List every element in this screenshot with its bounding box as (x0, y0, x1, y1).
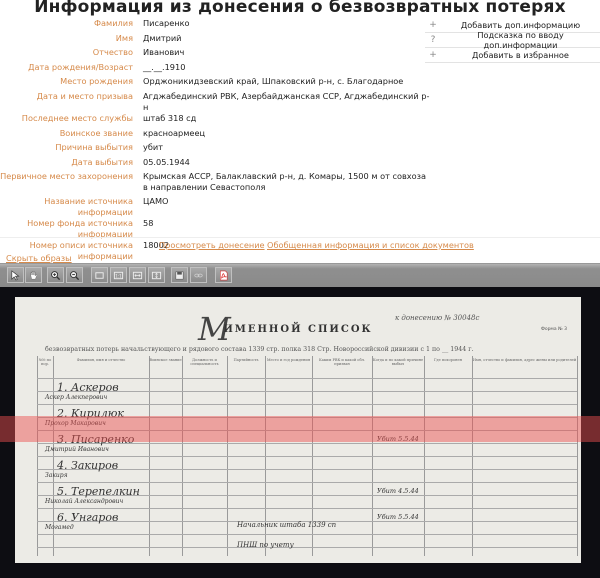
handwritten-second-name: Николай Александрович (45, 498, 123, 505)
handwritten-name: 1. Аскеров (57, 381, 119, 394)
document-table: №№ по пор.Фамилия, имя и отчествоВоинско… (37, 356, 577, 556)
hand-icon (28, 270, 39, 281)
info-row: Причина выбытияубит (0, 142, 430, 157)
plus-icon: + (425, 50, 441, 60)
field-value: __.__.1910 (143, 62, 430, 77)
hide-images-link[interactable]: Скрыть образы (6, 253, 72, 263)
field-value: Писаренко (143, 18, 430, 33)
handwritten-name: 4. Закиров (57, 459, 118, 472)
column-header: Должность и специальность (182, 358, 227, 366)
field-value: 05.05.1944 (143, 157, 430, 172)
handwritten-second-name: Дмитрий Иванович (45, 446, 109, 453)
column-header: Партийность (227, 358, 265, 362)
field-value: красноармеец (143, 128, 430, 143)
info-row: Дата и место призываАгджабединский РВК, … (0, 91, 430, 113)
column-header: Имя, отчество и фамилия, адрес жены или … (472, 358, 577, 362)
grid-line (37, 508, 577, 509)
signature-line: ПНШ по учету (237, 541, 294, 549)
field-label: Причина выбытия (0, 142, 143, 157)
field-value: Агджабединский РВК, Азербайджанская ССР,… (143, 91, 430, 113)
handwritten-second-name: Аскер Алекперович (45, 394, 107, 401)
save-button[interactable] (171, 267, 188, 283)
column-header: Воинское звание (149, 358, 182, 362)
zoom-out-button[interactable] (66, 267, 83, 283)
action-label: Добавить в избранное (441, 50, 600, 60)
info-row: Последнее место службыштаб 318 сд (0, 113, 430, 128)
document-heading: ИМЕННОЙ СПИСОК (15, 324, 581, 335)
cursor-icon (10, 270, 21, 281)
actual-size-button[interactable]: 1:1 (110, 267, 127, 283)
column-header: Фамилия, имя и отчество (53, 358, 149, 362)
zoom-in-button[interactable] (47, 267, 64, 283)
highlighted-row (0, 416, 600, 442)
hand-tool-button[interactable] (25, 267, 42, 283)
column-header: №№ по пор. (37, 358, 53, 366)
side-actions: +Добавить доп.информацию?Подсказка по вв… (425, 18, 600, 63)
field-label: Место рождения (0, 76, 143, 91)
info-row: Воинское званиекрасноармеец (0, 128, 430, 143)
field-label: Последнее место службы (0, 113, 143, 128)
info-row: ОтчествоИванович (0, 47, 430, 62)
document-stamp: к донесению № 30048с (395, 314, 479, 322)
fit-width-icon (132, 270, 143, 281)
info-row: Дата рождения/Возраст__.__.1910 (0, 62, 430, 77)
links-bar: Просмотреть донесение Обобщенная информа… (0, 237, 600, 253)
grid-line (37, 404, 577, 405)
grid-line (37, 456, 577, 457)
handwritten-cause: Убит 5.5.44 (377, 513, 419, 521)
grid-line (37, 534, 577, 535)
fit-height-button[interactable] (148, 267, 165, 283)
field-label: Воинское звание (0, 128, 143, 143)
handwritten-second-name: Закиря (45, 472, 68, 479)
grid-line (37, 482, 577, 483)
link-button[interactable] (190, 267, 207, 283)
action-label: Подсказка по вводу доп.информации (441, 30, 600, 50)
fit-width-button[interactable] (129, 267, 146, 283)
svg-text:1:1: 1:1 (115, 273, 122, 278)
field-label: Дата и место призыва (0, 91, 143, 113)
zoom-out-icon (69, 270, 80, 281)
field-label: Дата выбытия (0, 157, 143, 172)
field-label: Имя (0, 33, 143, 48)
field-value: убит (143, 142, 430, 157)
info-row: Место рожденияОрджоникидзевский край, Шп… (0, 76, 430, 91)
field-value: Иванович (143, 47, 430, 62)
summary-link[interactable]: Обобщенная информация и список документо… (267, 240, 474, 250)
field-label: Фамилия (0, 18, 143, 33)
action-label: Добавить доп.информацию (441, 20, 600, 30)
add-favorite-button[interactable]: +Добавить в избранное (425, 48, 600, 63)
grid-line (37, 547, 577, 548)
fit-page-button[interactable] (91, 267, 108, 283)
field-value: ЦАМО (143, 196, 430, 218)
zoom-in-icon (50, 270, 61, 281)
chain-link-icon (193, 270, 204, 281)
info-row: Дата выбытия05.05.1944 (0, 157, 430, 172)
info-row: ИмяДмитрий (0, 33, 430, 48)
fit-page-icon (94, 270, 105, 281)
grid-line (37, 378, 577, 379)
plus-icon: + (425, 20, 441, 30)
field-value: Дмитрий (143, 33, 430, 48)
field-value: Орджоникидзевский край, Шпаковский р-н, … (143, 76, 430, 91)
info-row: Название источника информацииЦАМО (0, 196, 430, 218)
pdf-icon (218, 270, 229, 281)
floppy-disk-icon (174, 270, 185, 281)
column-header: Каким РВК и какой обл. призван (312, 358, 372, 366)
document-subheading: безвозвратных потерь начальствующего и р… (45, 346, 474, 353)
page-title: Информация из донесения о безвозвратных … (0, 0, 600, 17)
field-label: Первичное место захоронения (0, 171, 143, 196)
info-row: ФамилияПисаренко (0, 18, 430, 33)
column-header: Место и год рождения (265, 358, 312, 362)
question-icon: ? (425, 35, 441, 45)
handwritten-cause: Убит 4.5.44 (377, 487, 419, 495)
input-hint-button[interactable]: ?Подсказка по вводу доп.информации (425, 33, 600, 48)
field-value: Крымская АССР, Балаклавский р-н, д. Кома… (143, 171, 430, 196)
handwritten-name: 5. Терепелкин (57, 485, 140, 498)
field-label: Отчество (0, 47, 143, 62)
image-toolbar: 1:1 (0, 263, 600, 288)
column-header: Где похоронен (424, 358, 472, 362)
handwritten-name: 6. Унгаров (57, 511, 118, 524)
signature-line: Начальник штаба 1339 сп (237, 521, 336, 529)
field-label: Дата рождения/Возраст (0, 62, 143, 77)
select-tool-button[interactable] (7, 267, 24, 283)
form-number: Форма № 3 (541, 327, 567, 332)
field-label: Название источника информации (0, 196, 143, 218)
field-value: штаб 318 сд (143, 113, 430, 128)
document-image-viewer[interactable]: М ИМЕННОЙ СПИСОК к донесению № 30048с Фо… (0, 287, 600, 578)
view-report-link[interactable]: Просмотреть донесение (159, 240, 265, 250)
fit-height-icon (151, 270, 162, 281)
info-row: Первичное место захороненияКрымская АССР… (0, 171, 430, 196)
column-header: Когда и по какой причине выбыл (372, 358, 424, 366)
pdf-button[interactable] (215, 267, 232, 283)
actual-size-icon: 1:1 (113, 270, 124, 281)
grid-line (577, 356, 578, 556)
handwritten-second-name: Могамед (45, 524, 74, 531)
